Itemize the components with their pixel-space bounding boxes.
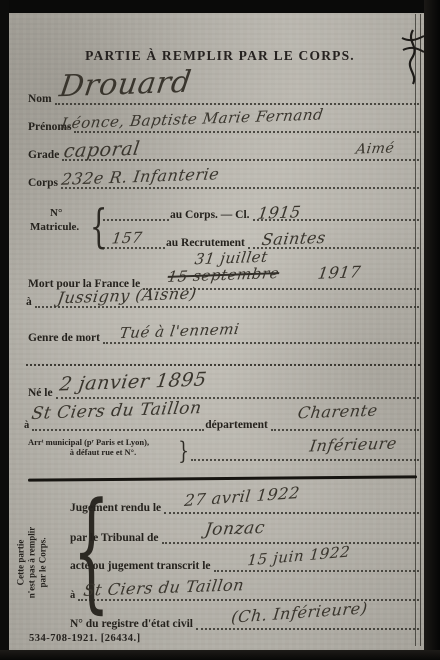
field-matricule-label-no: N°: [50, 207, 62, 219]
field-ne-le-label: Né le: [28, 387, 55, 400]
scan-edge-top: [0, 0, 440, 13]
scanned-death-record: PARTIE À REMPLIR PAR LE CORPS. Nom Droua…: [0, 0, 440, 660]
field-transcription-a-label: à: [70, 589, 77, 602]
field-corps-label: Corps: [28, 177, 60, 190]
dotted-line: [103, 209, 169, 221]
dotted-divider-line: [26, 354, 420, 366]
printer-reference-code: 534-708-1921. [26434.]: [29, 633, 141, 644]
side-note-not-for-corps: Cette partie n'est pas à remplir par le …: [16, 504, 49, 622]
field-mort-date-struck: 15 septembre: [167, 266, 281, 285]
scan-edge-left: [0, 0, 9, 660]
scan-edge-right: [424, 0, 440, 660]
dotted-line: [191, 449, 419, 461]
field-matricule-label: Matricule.: [30, 221, 79, 233]
side-note-line1: Cette partie: [16, 504, 27, 622]
section-divider: [25, 352, 421, 367]
field-arrondissement-label-line1: Arrᵗ municipal (pʳ Paris et Lyon),: [28, 437, 149, 447]
field-arrondissement-line: [190, 447, 420, 462]
field-registre-label: N° du registre d'état civil: [70, 618, 195, 631]
field-transcription: acte ou jugement transcrit le: [70, 558, 420, 573]
scan-edge-bottom: [0, 650, 440, 660]
field-recrutement-value: Saintes: [261, 230, 327, 248]
field-grade-label: Grade: [28, 149, 61, 162]
dotted-line: [271, 419, 419, 431]
field-matricule-numero-value: 157: [111, 230, 143, 246]
field-nom-label: Nom: [28, 93, 54, 106]
dotted-line: [162, 532, 419, 544]
field-arrondissement-label-line2: à défaut rue et N°.: [28, 447, 178, 457]
field-genre-mort-label: Genre de mort: [28, 332, 102, 345]
field-departement-label: département: [205, 419, 270, 432]
field-nom-value: Drouard: [58, 68, 194, 103]
form-title: PARTIE À REMPLIR PAR LE CORPS.: [70, 48, 370, 64]
field-au-corps-label: au Corps. — Cl.: [170, 209, 252, 222]
binding-ornament-icon: [400, 28, 426, 86]
field-arrondissement-label: Arrᵗ municipal (pʳ Paris et Lyon), à déf…: [28, 437, 178, 457]
field-mort-a-label: à: [26, 296, 34, 309]
field-classe-value: 1915: [257, 204, 302, 221]
field-jugement-label: Jugement rendu le: [70, 502, 163, 515]
side-note-line2: n'est pas à remplir: [27, 504, 38, 622]
field-departement-value: Charente: [297, 403, 379, 422]
field-tribunal-value: Jonzac: [204, 520, 266, 539]
field-ne-le-value: 2 janvier 1895: [58, 370, 208, 394]
field-tribunal-label: par le Tribunal de: [70, 532, 161, 545]
field-grade-value: caporal: [62, 140, 141, 162]
arrondissement-brace: }: [178, 439, 189, 463]
field-transcription-label: acte ou jugement transcrit le: [70, 560, 213, 573]
field-genre-mort-value: Tué à l'ennemi: [119, 322, 241, 341]
field-mort-annee: 1917: [317, 264, 362, 281]
side-note-line3: par le Corps.: [38, 504, 49, 622]
